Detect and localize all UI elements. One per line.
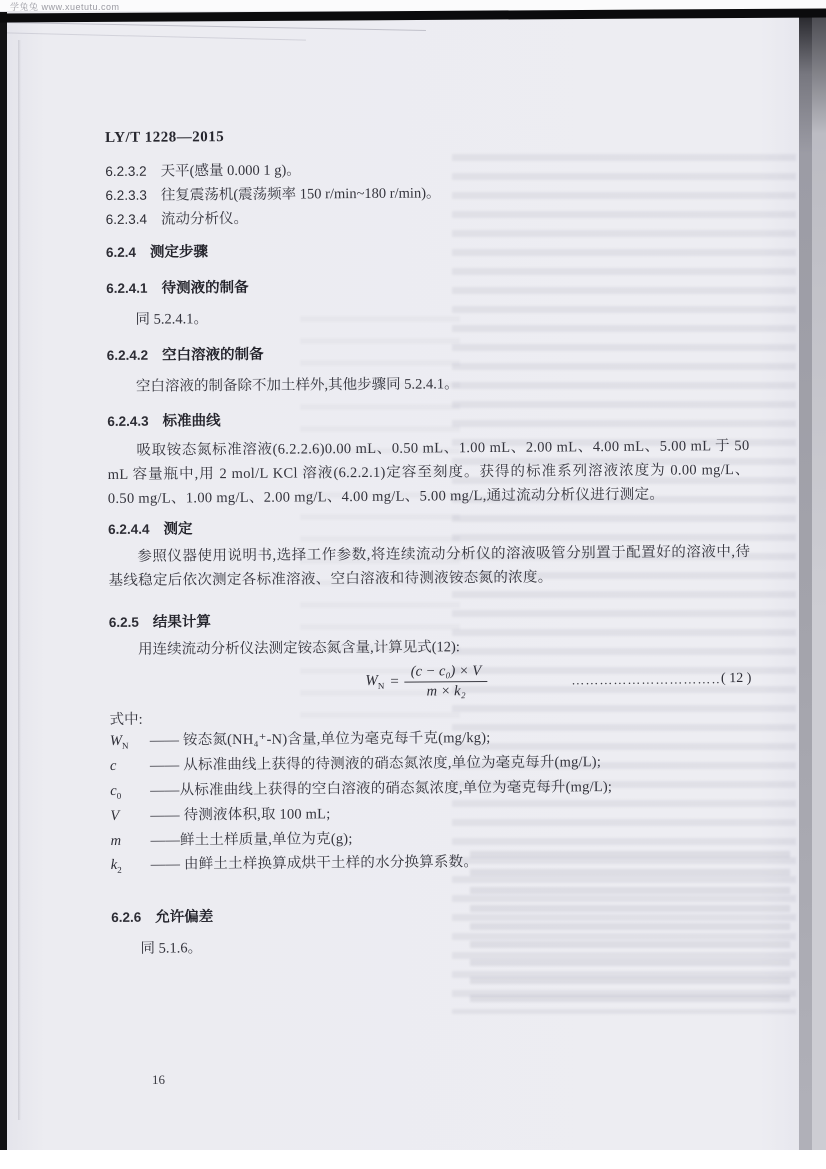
symbol-sub: 2 xyxy=(117,865,122,875)
clause-number: 6.2.3.2 xyxy=(105,164,146,179)
symbol-sub: 0 xyxy=(117,791,122,801)
clause-6234: 6.2.3.4流动分析仪。 xyxy=(106,203,748,232)
symbol-base: m xyxy=(111,832,122,848)
section-number: 6.2.4.3 xyxy=(107,414,148,429)
formula-intro: 用连续流动分析仪法测定铵态氮含量,计算见式(12): xyxy=(109,636,751,660)
section-number: 6.2.4.1 xyxy=(106,281,147,296)
apparatus-list: 6.2.3.2天平(感量 0.000 1 g)。 6.2.3.3往复震荡机(震荡… xyxy=(105,155,748,232)
page-curl-line xyxy=(6,22,426,31)
formula-fraction: (c − c₀) × V m × k₂ xyxy=(405,663,488,701)
symbol: V xyxy=(110,805,150,830)
symbol: c0 xyxy=(110,780,150,805)
heading-6242: 6.2.4.2空白溶液的制备 xyxy=(107,339,749,365)
standard-number: LY/T 1228—2015 xyxy=(105,125,747,147)
symbol-sub: N xyxy=(122,741,129,751)
symbol: m xyxy=(111,830,151,855)
section-number: 6.2.6 xyxy=(111,910,141,925)
clause-text: 天平(感量 0.000 1 g)。 xyxy=(161,162,301,179)
symbol-base: c xyxy=(110,758,117,774)
symbol: c xyxy=(110,756,150,781)
section-title: 空白溶液的制备 xyxy=(162,347,264,364)
scan-left-edge xyxy=(0,12,7,1150)
heading-625: 6.2.5结果计算 xyxy=(109,606,751,632)
section-title: 标准曲线 xyxy=(163,413,221,429)
page-fold-line xyxy=(18,40,21,1120)
heading-6243: 6.2.4.3标准曲线 xyxy=(107,405,749,431)
heading-6241: 6.2.4.1待测液的制备 xyxy=(106,272,748,298)
formula-subscript: N xyxy=(378,681,385,691)
clause-number: 6.2.3.4 xyxy=(106,212,147,227)
section-number: 6.2.5 xyxy=(109,615,139,630)
formula-symbol: W xyxy=(365,673,378,689)
equals-sign: = xyxy=(390,673,399,690)
scan-bottom-margin xyxy=(0,1150,826,1169)
dot-leader: ………………………………………… xyxy=(571,671,721,688)
body-6243: 吸取铵态氮标准溶液(6.2.2.6)0.00 mL、0.50 mL、1.00 m… xyxy=(107,434,750,511)
symbol-base: V xyxy=(110,808,119,824)
section-number: 6.2.4.2 xyxy=(107,348,148,363)
clause-text: 往复震荡机(震荡频率 150 r/min~180 r/min)。 xyxy=(161,185,441,203)
watermark-text: 学兔兔 www.xuetutu.com xyxy=(10,0,120,13)
section-title: 测定步骤 xyxy=(150,244,208,260)
symbol-base: W xyxy=(110,733,122,749)
body-6244: 参照仪器使用说明书,选择工作参数,将连续流动分析仪的溶液吸管分别置于配置好的溶液… xyxy=(108,540,750,593)
symbol: k2 xyxy=(111,855,151,880)
heading-624: 6.2.4测定步骤 xyxy=(106,236,748,262)
definition-text: —— 由鲜土土样换算成烘干土样的水分换算系数。 xyxy=(151,850,753,880)
clause-number: 6.2.3.3 xyxy=(105,188,146,203)
fraction-denominator: m × k₂ xyxy=(427,682,466,700)
formula-spacer xyxy=(109,682,365,684)
fraction-numerator: (c − c₀) × V xyxy=(405,663,488,683)
body-6242: 空白溶液的制备除不加土样外,其他步骤同 5.2.4.1。 xyxy=(107,373,749,397)
section-title: 待测液的制备 xyxy=(161,280,248,297)
symbol: WN xyxy=(110,731,150,756)
section-title: 允许偏差 xyxy=(155,910,213,926)
section-title: 结果计算 xyxy=(153,614,211,630)
page-curl-line xyxy=(6,32,306,40)
equation-number: ( 12 ) xyxy=(721,671,751,687)
scanned-page: 学兔兔 www.xuetutu.com LY/T 1228—2015 6.2.3… xyxy=(0,0,826,1150)
heading-6244: 6.2.4.4测定 xyxy=(108,513,750,539)
scan-right-edge xyxy=(799,14,812,1150)
scan-right-outer-edge xyxy=(812,14,826,1150)
body-6241: 同 5.2.4.1。 xyxy=(106,306,748,330)
body-626: 同 5.1.6。 xyxy=(111,935,753,959)
section-number: 6.2.4.4 xyxy=(108,522,149,537)
page-number: 16 xyxy=(152,1072,165,1088)
section-title: 测定 xyxy=(163,521,192,537)
formula-lhs: WN xyxy=(365,673,384,691)
definition-row-k2: k2 —— 由鲜土土样换算成烘干土样的水分换算系数。 xyxy=(111,850,753,880)
page-content: LY/T 1228—2015 6.2.3.2天平(感量 0.000 1 g)。 … xyxy=(105,125,753,959)
section-number: 6.2.4 xyxy=(106,245,136,260)
formula-12: WN = (c − c₀) × V m × k₂ ………………………………………… xyxy=(109,659,751,704)
heading-626: 6.2.6允许偏差 xyxy=(111,901,753,927)
symbol-definitions: WN —— 铵态氮(NH₄⁺-N)含量,单位为毫克每千克(mg/kg); c —… xyxy=(110,726,753,880)
clause-text: 流动分析仪。 xyxy=(161,211,248,228)
